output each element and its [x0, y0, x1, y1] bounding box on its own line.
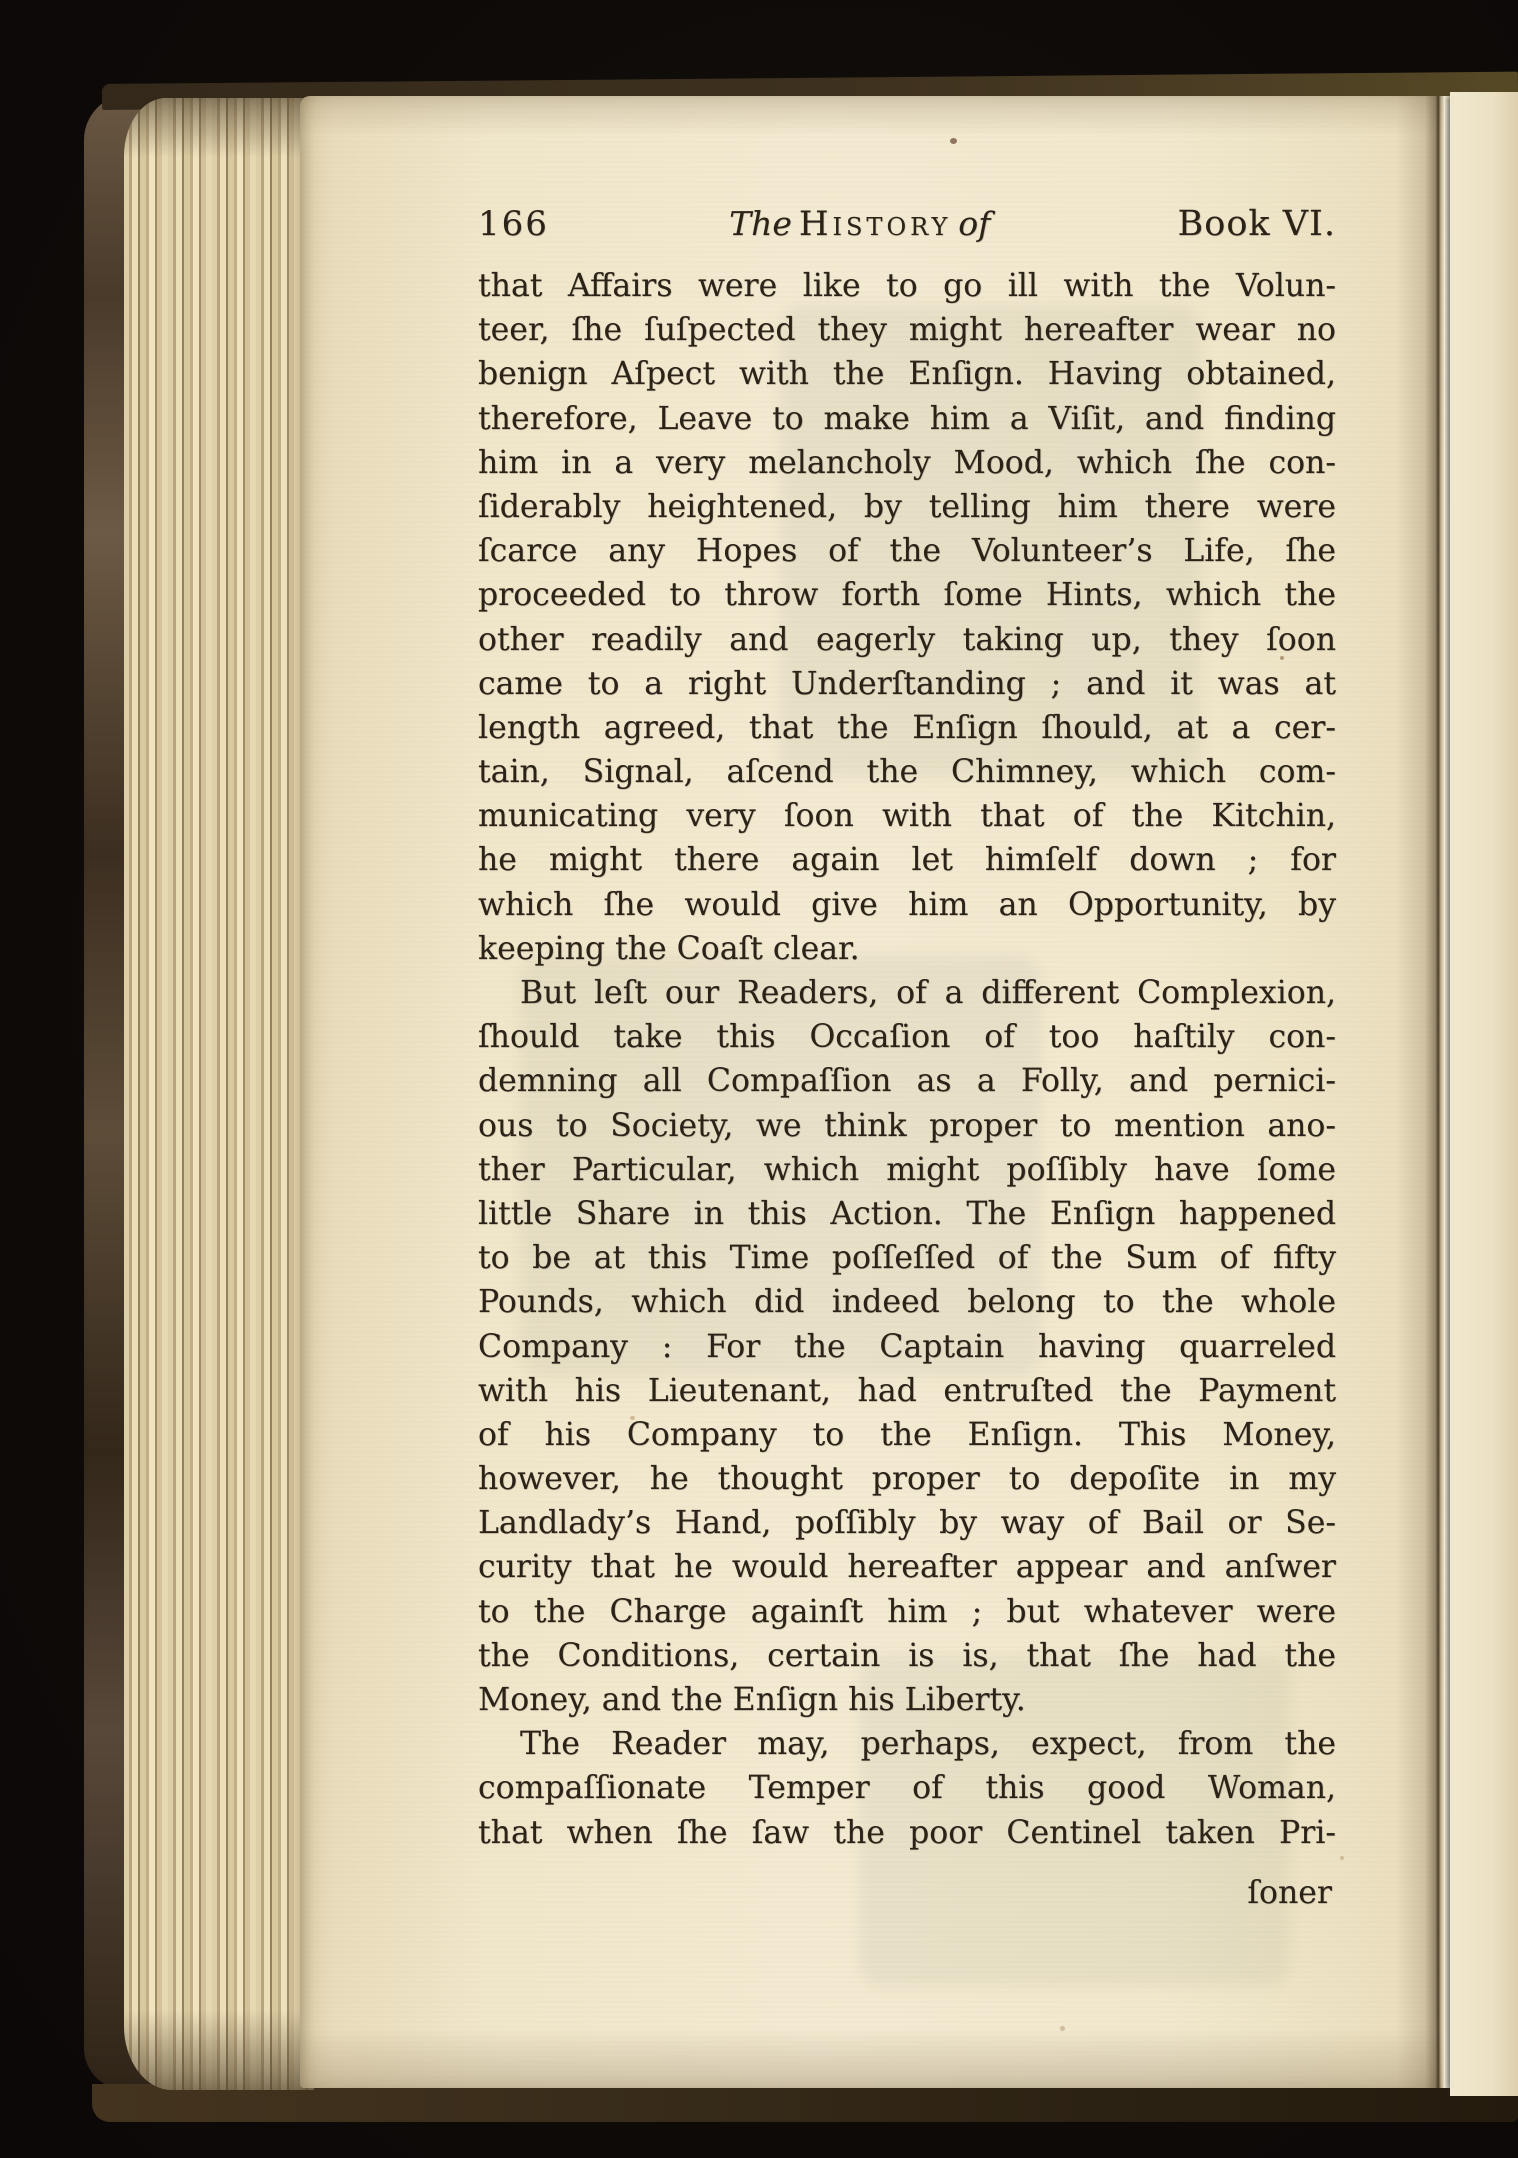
text-line: Company : For the Captain having quarrel… [478, 1325, 1336, 1369]
paper-speck [1340, 1856, 1344, 1860]
text-line: tain, Signal, aſcend the Chimney, which … [478, 750, 1336, 794]
text-line: of his Company to the Enſign. This Money… [478, 1413, 1336, 1457]
book-page: 166 TheHistoryof Book VI. that Affairs w… [300, 96, 1445, 2088]
text-line: ous to Society, we think proper to menti… [478, 1104, 1336, 1148]
text-line: however, he thought proper to depoſite i… [478, 1457, 1336, 1501]
body-text: that Affairs were like to go ill with th… [478, 264, 1336, 1915]
text-line: length agreed, that the Enſign ſhould, a… [478, 706, 1336, 750]
text-line: ſhould take this Occaſion of too haſtily… [478, 1015, 1336, 1059]
text-line: the Conditions, certain is is, that ſhe … [478, 1634, 1336, 1678]
text-line: he might there again let himſelf down ; … [478, 838, 1336, 882]
page-edges-stack [124, 98, 314, 2090]
page-number: 166 [478, 204, 549, 244]
text-line: ſiderably heightened, by telling him the… [478, 485, 1336, 529]
text-line: therefore, Leave to make him a Viſit, an… [478, 397, 1336, 441]
text-line: other readily and eagerly taking up, the… [478, 618, 1336, 662]
text-line: proceeded to throw forth ſome Hints, whi… [478, 573, 1336, 617]
text-line: teer, ſhe ſuſpected they might hereafter… [478, 308, 1336, 352]
text-line: But leſt our Readers, of a different Com… [478, 971, 1336, 1015]
text-line: curity that he would hereafter appear an… [478, 1545, 1336, 1589]
book-photo: 166 TheHistoryof Book VI. that Affairs w… [0, 0, 1518, 2158]
running-title-of: of [958, 204, 990, 243]
catchword: ſoner [478, 1871, 1336, 1915]
text-line: demning all Compaſſion as a Folly, and p… [478, 1059, 1336, 1103]
running-title: TheHistoryof [729, 204, 997, 244]
text-line: little Share in this Action. The Enſign … [478, 1192, 1336, 1236]
text-line: Pounds, which did indeed belong to the w… [478, 1280, 1336, 1324]
text-line: that Affairs were like to go ill with th… [478, 264, 1336, 308]
text-line: with his Lieutenant, had entruſted the P… [478, 1369, 1336, 1413]
gutter-crease [1396, 96, 1454, 2088]
text-line: came to a right Underſtanding ; and it w… [478, 662, 1336, 706]
facing-page-edge [1450, 92, 1518, 2096]
text-line: which ſhe would give him an Opportunity,… [478, 883, 1336, 927]
text-line: to be at this Time poſſeſſed of the Sum … [478, 1236, 1336, 1280]
text-line: ſcarce any Hopes of the Volunteer’s Life… [478, 529, 1336, 573]
paper-speck [950, 138, 957, 144]
text-line: municating very ſoon with that of the Ki… [478, 794, 1336, 838]
text-line: him in a very melancholy Mood, which ſhe… [478, 441, 1336, 485]
text-line: that when ſhe ſaw the poor Centinel take… [478, 1811, 1336, 1855]
text-line: The Reader may, perhaps, expect, from th… [478, 1722, 1336, 1766]
book-number: Book VI. [1178, 204, 1336, 244]
paper-speck [1060, 2026, 1065, 2031]
text-line: ther Particular, which might poſſibly ha… [478, 1148, 1336, 1192]
text-line: keeping the Coaſt clear. [478, 927, 1336, 971]
text-line: benign Aſpect with the Enſign. Having ob… [478, 352, 1336, 396]
running-title-history: History [799, 204, 951, 244]
text-line: Money, and the Enſign his Liberty. [478, 1678, 1336, 1722]
text-line: compaſſionate Temper of this good Woman, [478, 1766, 1336, 1810]
text-line: Landlady’s Hand, poſſibly by way of Bail… [478, 1501, 1336, 1545]
text-line: to the Charge againſt him ; but whatever… [478, 1590, 1336, 1634]
running-title-the: The [729, 204, 792, 243]
running-header: 166 TheHistoryof Book VI. [478, 204, 1336, 250]
